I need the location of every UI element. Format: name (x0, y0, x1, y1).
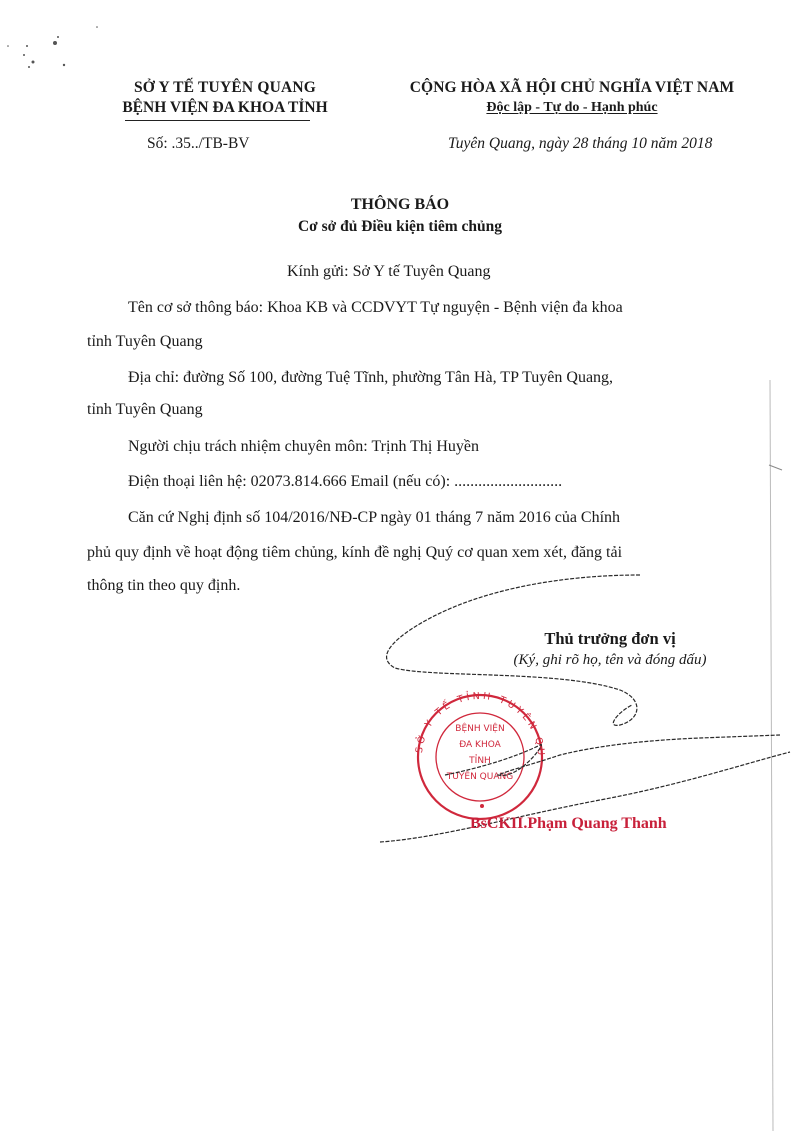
address-line1: Địa chỉ: đường Số 100, đường Tuệ Tĩnh, p… (128, 368, 613, 388)
legal-basis-line3: thông tin theo quy định. (87, 576, 240, 596)
svg-text:TUYÊN QUANG: TUYÊN QUANG (446, 770, 513, 782)
official-stamp: SỞ Y TẾ TỈNH TUYÊN QUANG BỆNH VIỆNĐA KHO… (0, 0, 800, 1131)
svg-text:BỆNH VIỆN: BỆNH VIỆN (455, 722, 504, 734)
address-line2: tỉnh Tuyên Quang (87, 400, 203, 420)
legal-basis-line2: phủ quy định về hoạt động tiêm chủng, kí… (87, 543, 622, 563)
agency-name: SỞ Y TẾ TUYÊN QUANG (95, 78, 355, 98)
nation-name: CỘNG HÒA XÃ HỘI CHỦ NGHĨA VIỆT NAM (372, 78, 772, 98)
scan-artifacts (0, 0, 800, 1131)
signature-title: Thủ trưởng đơn vị (440, 629, 780, 649)
handwritten-signature (0, 0, 800, 1131)
contact-info: Điện thoại liên hệ: 02073.814.666 Email … (128, 472, 562, 492)
legal-basis-line1: Căn cứ Nghị định số 104/2016/NĐ-CP ngày … (128, 508, 620, 528)
svg-text:TỈNH: TỈNH (468, 754, 491, 766)
document-number: Số: .35../TB-BV (147, 135, 249, 153)
organization-name: BỆNH VIỆN ĐA KHOA TỈNH (95, 98, 355, 118)
signer-name: BsCKII.Phạm Quang Thanh (470, 815, 667, 833)
svg-text:ĐA KHOA: ĐA KHOA (459, 740, 501, 750)
document-subtitle: Cơ sở đủ Điều kiện tiêm chủng (0, 218, 800, 236)
signature-note: (Ký, ghi rõ họ, tên và đóng dấu) (440, 652, 780, 669)
responsible-person: Người chịu trách nhiệm chuyên môn: Trịnh… (128, 437, 479, 457)
facility-name-line2: tỉnh Tuyên Quang (87, 332, 203, 352)
national-motto: Độc lập - Tự do - Hạnh phúc (372, 98, 772, 118)
place-date: Tuyên Quang, ngày 28 tháng 10 năm 2018 (448, 135, 712, 153)
recipient: Kính gửi: Sở Y tế Tuyên Quang (287, 262, 491, 282)
facility-name-line1: Tên cơ sở thông báo: Khoa KB và CCDVYT T… (128, 298, 623, 318)
header-right: CỘNG HÒA XÃ HỘI CHỦ NGHĨA VIỆT NAM Độc l… (372, 78, 772, 118)
organization-underline (125, 120, 310, 121)
document-title: THÔNG BÁO (0, 196, 800, 214)
header-left: SỞ Y TẾ TUYÊN QUANG BỆNH VIỆN ĐA KHOA TỈ… (95, 78, 355, 118)
